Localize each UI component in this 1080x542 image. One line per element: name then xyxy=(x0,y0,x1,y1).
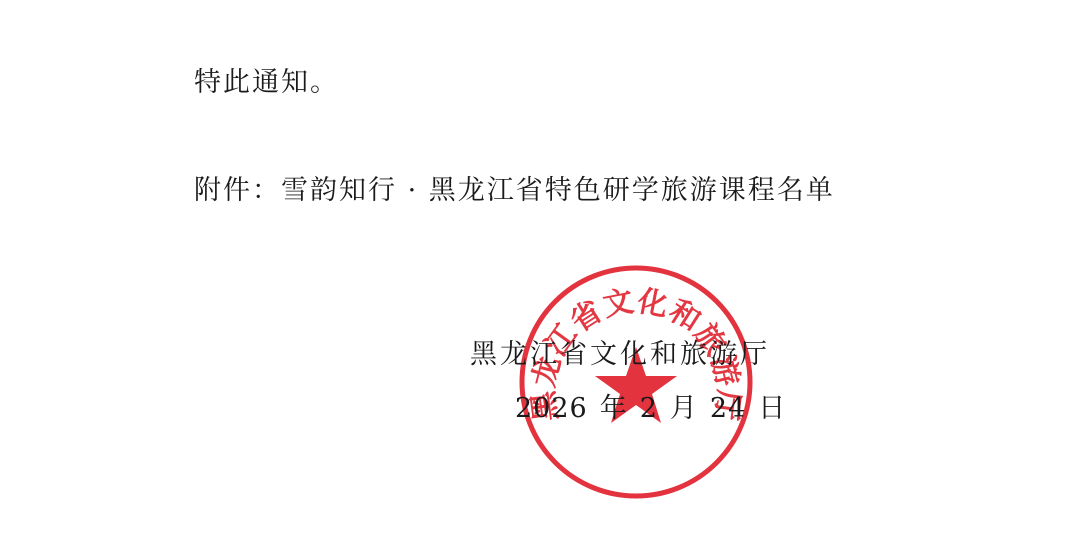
date-year: 2026 xyxy=(515,393,588,424)
attachment-label: 附件： xyxy=(194,175,281,206)
closing-statement: 特此通知。 xyxy=(194,60,339,99)
date-day: 24 xyxy=(710,393,746,424)
attachment-line: 附件：雪韵知行 · 黑龙江省特色研学旅游课程名单 xyxy=(194,168,835,207)
date-day-unit: 日 xyxy=(758,393,786,424)
signing-date: 2026年2月24日 xyxy=(515,386,798,425)
date-month: 2 xyxy=(640,393,658,424)
official-seal: 黑龙江省文化和旅游厅 xyxy=(517,263,755,501)
attachment-title: 雪韵知行 · 黑龙江省特色研学旅游课程名单 xyxy=(281,175,835,206)
signing-organization: 黑龙江省文化和旅游厅 xyxy=(470,332,770,371)
date-month-unit: 月 xyxy=(670,393,698,424)
date-year-unit: 年 xyxy=(600,393,628,424)
